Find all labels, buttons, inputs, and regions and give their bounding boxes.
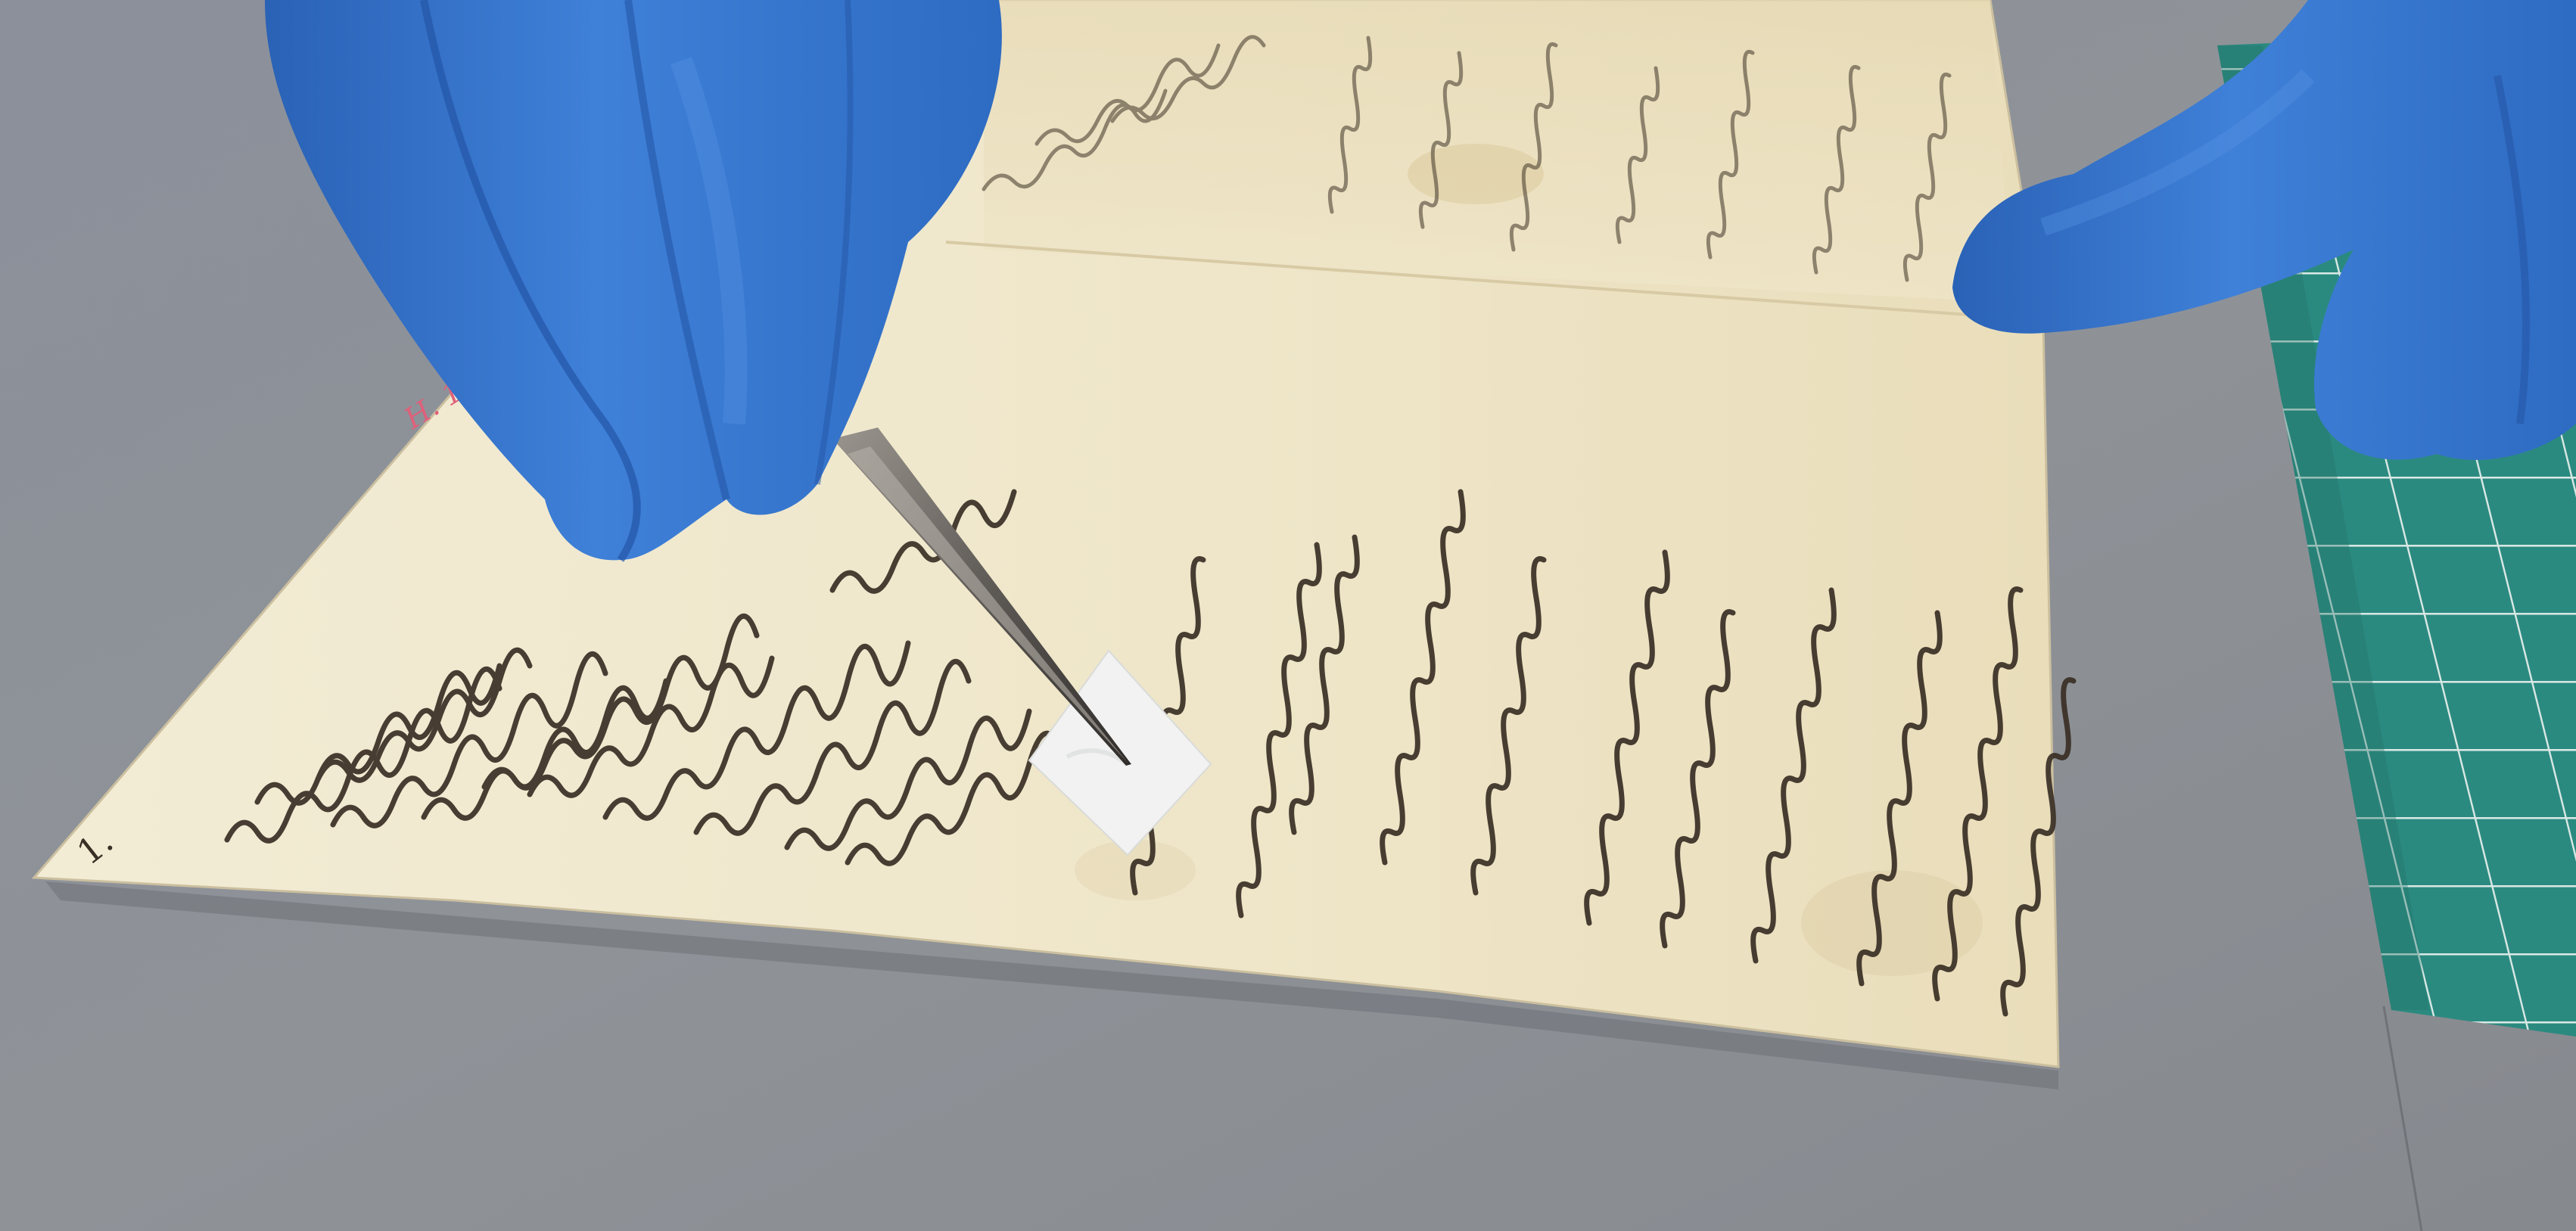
photo-scene: 1. H. 1. 2. Gloved hands using tweeze [0, 0, 2576, 1231]
scene-graphic: 1. H. 1. 2. [0, 0, 2576, 1231]
